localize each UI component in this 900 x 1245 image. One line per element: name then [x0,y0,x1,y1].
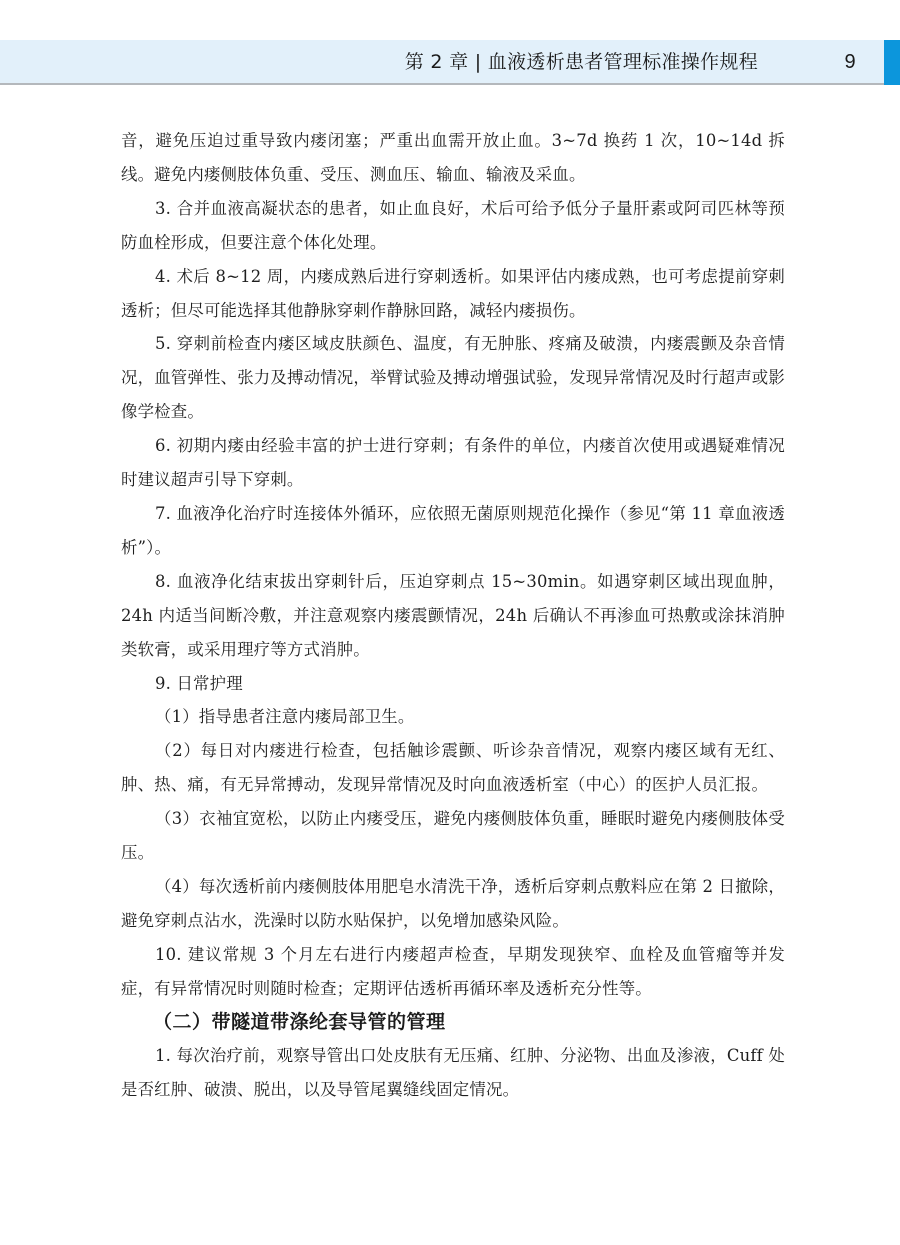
paragraph-subitem-3: （3）衣袖宜宽松，以防止内瘘受压，避免内瘘侧肢体负重，睡眠时避免内瘘侧肢体受压。 [121,802,785,870]
page-body: 音，避免压迫过重导致内瘘闭塞；严重出血需开放止血。3~7d 换药 1 次，10~… [121,124,785,1107]
paragraph-item-6: 6. 初期内瘘由经验丰富的护士进行穿刺；有条件的单位，内瘘首次使用或遇疑难情况时… [121,429,785,497]
paragraph-item-9: 9. 日常护理 [121,667,785,701]
paragraph-item-3: 3. 合并血液高凝状态的患者，如止血良好，术后可给予低分子量肝素或阿司匹林等预防… [121,192,785,260]
paragraph-item-5: 5. 穿刺前检查内瘘区域皮肤颜色、温度，有无肿胀、疼痛及破溃，内瘘震颤及杂音情况… [121,327,785,429]
chapter-title: 第 2 章 | 血液透析患者管理标准操作规程 [405,48,758,76]
paragraph-item-10: 10. 建议常规 3 个月左右进行内瘘超声检查，早期发现狭窄、血栓及血管瘤等并发… [121,938,785,1006]
page-number: 9 [838,48,862,76]
running-header: 第 2 章 | 血液透析患者管理标准操作规程 9 [0,40,884,85]
paragraph-item-7: 7. 血液净化治疗时连接体外循环，应依照无菌原则规范化操作（参见“第 11 章血… [121,497,785,565]
paragraph-subitem-2: （2）每日对内瘘进行检查，包括触诊震颤、听诊杂音情况，观察内瘘区域有无红、肿、热… [121,734,785,802]
paragraph-subitem-4: （4）每次透析前内瘘侧肢体用肥皂水清洗干净，透析后穿刺点敷料应在第 2 日撤除，… [121,870,785,938]
section-paragraph-item-1: 1. 每次治疗前，观察导管出口处皮肤有无压痛、红肿、分泌物、出血及渗液，Cuff… [121,1039,785,1107]
chapter-tab-marker [884,40,900,85]
paragraph-item-8: 8. 血液净化结束拔出穿刺针后，压迫穿刺点 15~30min。如遇穿刺区域出现血… [121,565,785,667]
paragraph-continued: 音，避免压迫过重导致内瘘闭塞；严重出血需开放止血。3~7d 换药 1 次，10~… [121,124,785,192]
section-heading: （二）带隧道带涤纶套导管的管理 [121,1006,785,1040]
paragraph-item-4: 4. 术后 8~12 周，内瘘成熟后进行穿刺透析。如果评估内瘘成熟，也可考虑提前… [121,260,785,328]
paragraph-subitem-1: （1）指导患者注意内瘘局部卫生。 [121,700,785,734]
